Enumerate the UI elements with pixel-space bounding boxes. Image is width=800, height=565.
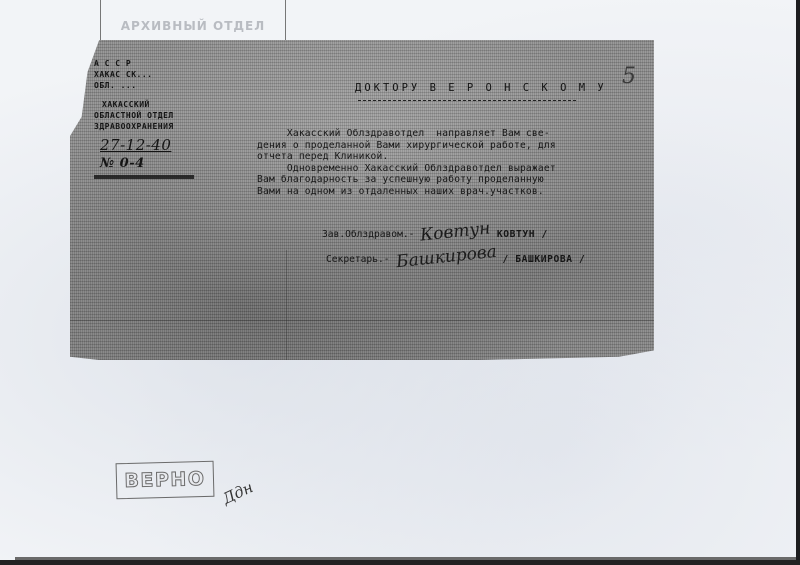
- signature-row-secretary: Секретарь.-Башкирова/ БАШКИРОВА /: [326, 247, 585, 267]
- body-line: отчета перед Клиникой.: [257, 151, 637, 163]
- letter-body: Хакасский Облздравотдел направляет Вам с…: [257, 128, 637, 197]
- sender-line: ХАКАССКИЙ: [102, 99, 199, 110]
- sender-line: ХАКАС СК...: [94, 69, 199, 80]
- addressee-underline: [358, 100, 576, 101]
- body-line: Хакасский Облздравотдел направляет Вам с…: [257, 128, 637, 140]
- body-line: Вам благодарность за успешную работу про…: [257, 174, 637, 186]
- sender-line: ЗДРАВООХРАНЕНИЯ: [94, 121, 199, 132]
- outgoing-date: 27-12-40: [100, 136, 199, 154]
- sender-line: ОБЛАСТНОЙ ОТДЕЛ: [94, 110, 199, 121]
- body-line: дения о проделанной Вами хирургической р…: [257, 140, 637, 152]
- scan-edge: [796, 0, 800, 565]
- outgoing-number: № 0-4: [100, 156, 199, 172]
- page-number: 5: [622, 64, 636, 89]
- fold-line: [286, 250, 287, 360]
- addressee-heading: ДОКТОРУ В Е Р О Н С К О М У: [355, 82, 607, 94]
- signatory-role: Зав.Облздравом.-: [322, 229, 414, 240]
- stamp-bar: [94, 175, 194, 179]
- signatory-name: КОВТУН /: [497, 229, 548, 240]
- sender-line: А С С Р: [94, 58, 199, 69]
- signatory-name: / БАШКИРОВА /: [503, 254, 586, 265]
- signature-row-head: Зав.Облздравом.-КовтунКОВТУН /: [322, 222, 548, 242]
- fold-line: [70, 320, 654, 321]
- scan-edge: [0, 560, 800, 565]
- signatory-role: Секретарь.-: [326, 254, 390, 265]
- sender-line: ОБЛ. ...: [94, 80, 199, 91]
- body-line: Вами на одном из отдаленных наших врач.у…: [257, 186, 637, 198]
- body-line: Одновременно Хакасский Облздравотдел выр…: [257, 163, 637, 175]
- archive-stamp: АРХИВНЫЙ ОТДЕЛ: [100, 0, 286, 46]
- verification-stamp: ВЕРНО: [116, 461, 215, 500]
- handwritten-signature: Ковтун: [420, 218, 492, 245]
- sender-stamp-block: А С С Р ХАКАС СК... ОБЛ. ... ХАКАССКИЙ О…: [94, 58, 199, 179]
